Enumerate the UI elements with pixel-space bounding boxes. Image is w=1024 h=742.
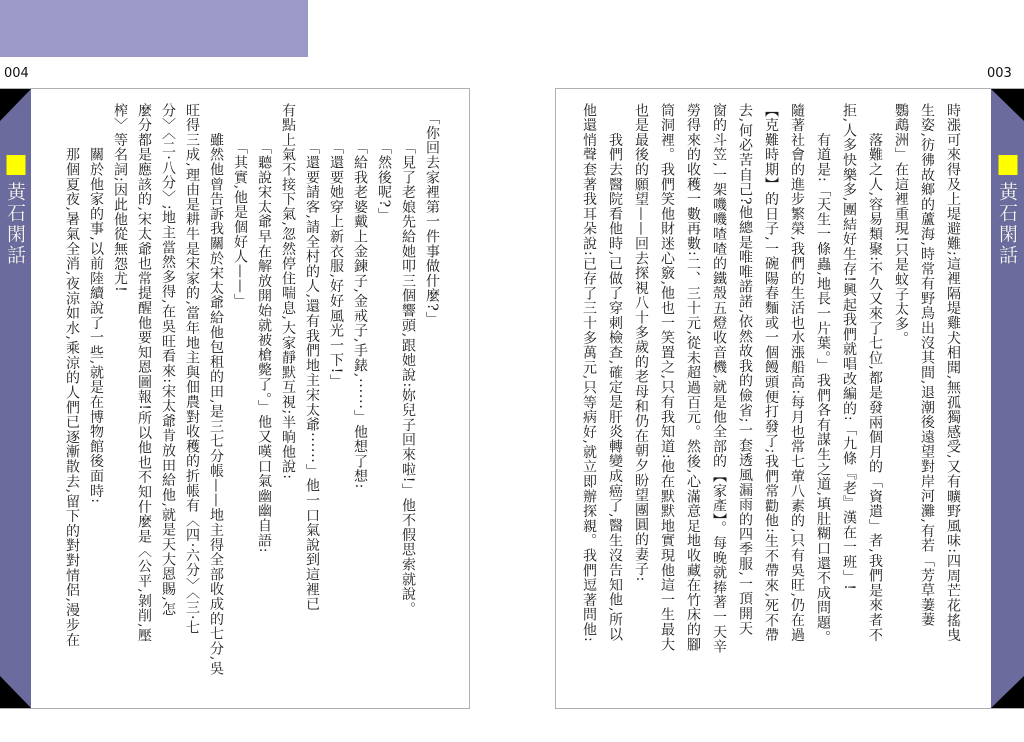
text-column: 「還要她穿上新衣服,好好風光一下!」 [324, 103, 348, 703]
text-column: 鸚鵡洲」在這裡重現!只是蚊子太多。 [888, 103, 914, 703]
series-title-right: 黃石閑話 [994, 182, 1021, 266]
text-column: 「給我老婆戴上金鍊子,金戒子,手錶,······」他想了想: [348, 103, 372, 703]
text-column: 有道是:「天生一條蟲,地長一片葉。」我們各有謀生之道,填肚糊口還不成問題。 [810, 103, 836, 703]
left-page: 黃石閑話 「你回去家裡第一件事做什麼?」 「見了老娘先給她叩三個響頭,跟她說:妳… [0, 88, 470, 709]
page-number-left: 004 [4, 66, 29, 81]
left-page-text: 「你回去家裡第一件事做什麼?」 「見了老娘先給她叩三個響頭,跟她說:妳兒子回來啦… [60, 103, 444, 703]
text-column: 窗的斗笠,一架嘰嘰喳喳的鐵殼五燈收音機,就是他全部的【家產】。每晚就捧著一天辛 [706, 103, 732, 703]
right-title-strip: 黃石閑話 [991, 89, 1024, 708]
book-spread: { "book": { "series_title": "黃石閑話" }, "c… [0, 0, 1024, 742]
text-column: 旺得三成,理由是耕牛是宋家的,當年地主與佃農對收穫的折帳有〈四·六分〉〈三·七 [180, 103, 204, 703]
text-column: 麼分都是應該的,宋太爺也常提醒他要知恩圖報!所以他也不知什麼是〈公平,剝削,壓 [132, 103, 156, 703]
text-column: 去,何必苦自己?他總是唯唯諾諾,依然故我的儉省;一套透風漏雨的四季服,一頂開天 [732, 103, 758, 703]
text-column: 分〉〈二·八分〉;地主當然多得,在吳旺看來:宋太爺肯放田給他,就是天大恩賜,怎 [156, 103, 180, 703]
text-column: 「見了老娘先給她叩三個響頭,跟她說:妳兒子回來啦!」他不假思索就說。 [396, 103, 420, 703]
top-lavender-band [0, 0, 308, 57]
text-column: 時漲可來得及上堤避難;這裡隔堤雞犬相聞,無孤獨感受,又有曠野風味:四周芒花搖曳 [940, 103, 966, 703]
text-column: 那個夏夜,暑氣全消,夜涼如水,乘涼的人們已逐漸散去,留下的對對情侶,漫步在 [60, 103, 84, 703]
left-title-strip: 黃石閑話 [0, 89, 31, 708]
right-page: 黃石閑話 時漲可來得及上堤避難;這裡隔堤雞犬相聞,無孤獨感受,又有曠野風味:四周… [555, 88, 1024, 709]
right-page-text: 時漲可來得及上堤避難;這裡隔堤雞犬相聞,無孤獨感受,又有曠野風味:四周芒花搖曳 … [576, 103, 966, 703]
text-column: 拒,人多快樂多,團結好生存!興起我們就唱改編的:「九條『老』漢在一班」! [836, 103, 862, 703]
text-column: 【克難時期】的日子,一碗陽春麵或一個饅頭便打發了;我們常勸他:生不帶來,死不帶 [758, 103, 784, 703]
text-column: 雖然他曾告訴我關於宋太爺給他包租的田,是三七分帳——地主得全部收成的七分,吳 [204, 103, 228, 703]
text-column: 「聽說宋太爺早在解放開始就被槍斃了。」他又嘆口氣幽幽自語: [252, 103, 276, 703]
text-column: 也是最後的願望——回去探視八十多歲的老母和仍在朝夕盼望團圓的妻子: [628, 103, 654, 703]
text-column: 「其實,他是個好人——」 [228, 103, 252, 703]
text-column: 落難之人,容易類聚:不久又來了七位,都是發兩個月的「資遣」者,我們是來者不 [862, 103, 888, 703]
text-column: 有點上氣不接下氣,忽然停住喘息,大家靜默互視;半晌他說: [276, 103, 300, 703]
text-column: 勞得來的收穫一數再數:二、三十元,從未超過百元。然後,心滿意足地收藏在竹床的腳 [680, 103, 706, 703]
folded-corner-top-right [991, 89, 1024, 121]
text-column: 榨〉等名詞;因此他從無怨尤! [108, 103, 132, 703]
text-column: 我們去醫院看他時,已做了穿刺檢查,確定是肝炎轉變成癌了,醫生沒告知他,所以 [602, 103, 628, 703]
text-column: 生姿,彷彿故鄉的蘆海,時常有野鳥出沒其間,退潮後遠望對岸河灘,有若「芳草萋萋 [914, 103, 940, 703]
folded-corner-bottom-left [0, 676, 31, 708]
text-column: 「你回去家裡第一件事做什麼?」 [420, 103, 444, 703]
folded-corner-top-left [0, 89, 31, 121]
text-column: 「還要請客,請全村的人,還有我們地主宋太爺······」他一口氣說到這裡已 [300, 103, 324, 703]
text-column: 他還悄聲套著我耳朵說:已存了三十多萬元,只等病好,就立即辦探親。我們逗著問他: [576, 103, 602, 703]
series-title-left: 黃石閑話 [2, 182, 29, 266]
yellow-square-marker [998, 155, 1017, 175]
text-column: 筒洞裡。我們笑他財迷心竅,他也一笑置之,只有我知道:他在默默地實現他這一生最大 [654, 103, 680, 703]
text-column: 「然後呢?」 [372, 103, 396, 703]
page-number-right: 003 [987, 66, 1012, 81]
yellow-square-marker [6, 155, 25, 175]
text-column: 隨著社會的進步繁榮,我們的生活也水漲船高:每月也常七葷八素的,只有吳旺,仍在過 [784, 103, 810, 703]
text-column: 關於他家的事,以前陸續說了一些,就是在博物館後面時: [84, 103, 108, 703]
folded-corner-bottom-right [991, 676, 1024, 708]
